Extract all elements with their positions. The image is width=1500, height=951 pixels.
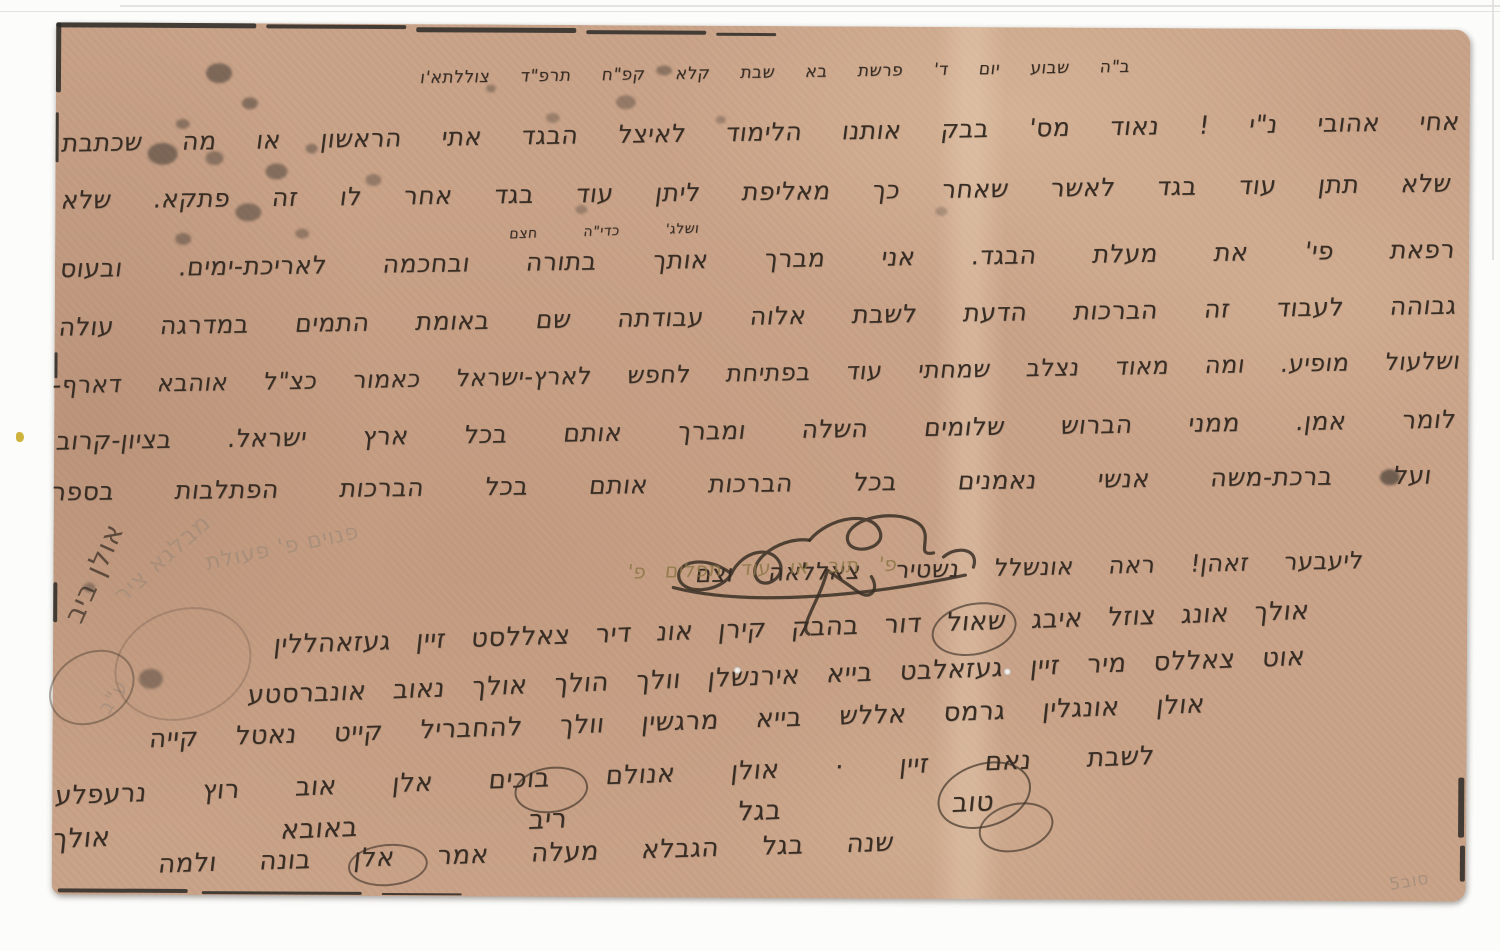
ink-smudge xyxy=(295,229,309,239)
worn-edge-mark xyxy=(202,891,362,895)
ink-smudge xyxy=(656,65,672,75)
worn-edge-mark xyxy=(53,582,57,622)
pencil-margin-note: פנוים פ' פעולת xyxy=(204,519,362,575)
worn-edge-mark xyxy=(266,24,406,29)
ink-smudge xyxy=(575,205,587,214)
ink-smudge xyxy=(235,203,261,221)
worn-edge-mark xyxy=(1458,778,1464,838)
scanned-postcard-page: ב"ה שבוע יום ד' פרשת בא שבת קלא קפ"ח תרפ… xyxy=(0,0,1500,951)
ink-smudge xyxy=(242,97,258,109)
ink-smudge xyxy=(139,669,163,689)
ink-smudge xyxy=(206,151,224,165)
worn-edge-mark xyxy=(1460,846,1465,882)
scanner-streak xyxy=(1492,0,1494,260)
ink-smudge xyxy=(148,143,178,165)
handwritten-line: רפאת פי' את מעלת הבגד. אני מברך אותך בתו… xyxy=(60,236,1455,283)
ink-smudge xyxy=(265,163,287,179)
worn-edge-mark xyxy=(586,30,706,35)
ink-smudge xyxy=(365,174,381,186)
worn-edge-mark xyxy=(56,112,59,162)
ink-smudge xyxy=(546,113,560,123)
handwritten-line-text: לומר אמן. ממני הברוש שלומים השלה ומברך א… xyxy=(55,406,1458,456)
handwritten-line-text: ב"ה שבוע יום ד' פרשת בא שבת קלא קפ"ח תרפ… xyxy=(419,58,1131,88)
ink-margin-note: אולן ביב xyxy=(57,518,130,628)
handwritten-line: אחי אהובי נ"י ! נאוד מס' בבק אותנו הלימו… xyxy=(62,108,1460,157)
worn-edge-mark xyxy=(416,27,576,33)
ink-smudge xyxy=(616,95,636,109)
ink-smudge xyxy=(83,582,95,592)
yellow-paper-fleck xyxy=(16,432,24,442)
ink-smudge xyxy=(935,207,947,216)
handwritten-line-text: ושלעול מופיע. ומה מאוד נצלב שמחתי עוד בפ… xyxy=(51,348,1462,399)
ink-smudge xyxy=(716,116,726,124)
handwritten-line-text: אחי אהובי נ"י ! נאוד מס' בבק אותנו הלימו… xyxy=(60,108,1461,158)
ink-smudge xyxy=(1380,469,1400,485)
worn-edge-mark xyxy=(56,22,256,28)
worn-edge-mark xyxy=(716,33,776,36)
pinhole xyxy=(1004,668,1011,675)
worn-edge-mark xyxy=(56,22,61,92)
scanner-streak xyxy=(120,5,1500,7)
ink-smudge xyxy=(306,144,318,154)
handwritten-line: ושלעול מופיע. ומה מאוד נצלב שמחתי עוד בפ… xyxy=(53,348,1461,399)
worn-edge-mark xyxy=(54,352,57,378)
handwritten-line-text: רפאת פי' את מעלת הבגד. אני מברך אותך בתו… xyxy=(59,236,1457,283)
handwritten-line: לומר אמן. ממני הברוש שלומים השלה ומברך א… xyxy=(56,406,1456,455)
postcard: ב"ה שבוע יום ד' פרשת בא שבת קלא קפ"ח תרפ… xyxy=(52,22,1471,901)
worn-edge-mark xyxy=(382,893,462,895)
ink-smudge xyxy=(486,85,496,93)
ink-smudge xyxy=(206,63,232,83)
pinhole xyxy=(734,667,741,674)
pencil-margin-note: מבלגא ציר xyxy=(108,508,216,608)
pencil-margin-note: סוב5 xyxy=(1388,868,1431,895)
handwritten-line: גבוהה לעבוד זה הברכות הדעת לשבת אלוה עבו… xyxy=(59,292,1457,341)
worn-edge-mark xyxy=(58,888,188,893)
handwritten-line: ב"ה שבוע יום ד' פרשת בא שבת קלא קפ"ח תרפ… xyxy=(420,58,1130,88)
scanner-streak xyxy=(0,11,1500,12)
handwritten-line-text: גבוהה לעבוד זה הברכות הדעת לשבת אלוה עבו… xyxy=(57,292,1458,342)
ink-smudge xyxy=(175,233,191,245)
handwritten-line-text: ושלג' כדי"ה חצם xyxy=(508,222,700,243)
ink-smudge xyxy=(176,119,190,129)
handwritten-line: ושלג' כדי"ה חצם xyxy=(509,222,699,243)
